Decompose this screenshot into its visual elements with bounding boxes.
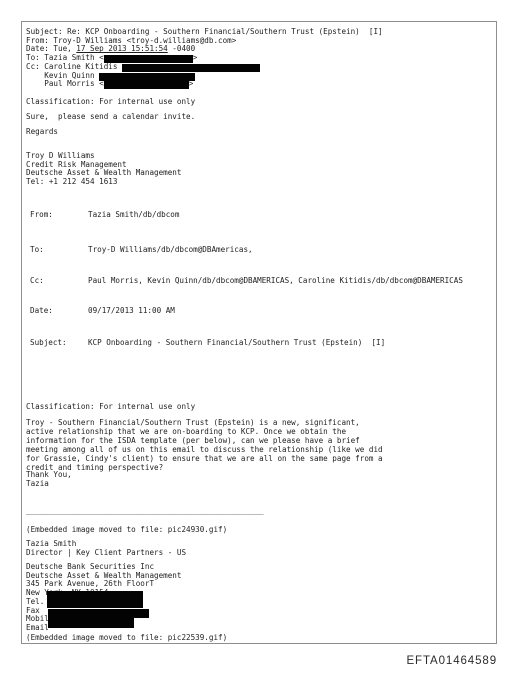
inner-subject-label: Subject: — [30, 338, 88, 347]
date-prefix: Date: Tue, — [26, 44, 76, 53]
inner-from-row: From:Tazia Smith/db/dbcom — [30, 210, 179, 219]
redaction-box — [48, 609, 149, 618]
bates-number: EFTA01464589 — [406, 655, 497, 667]
reply-sig-tel: Tel: +1 212 454 1613 — [26, 177, 117, 186]
redaction-box — [47, 591, 143, 608]
reply-sig-org: Deutsche Asset & Wealth Management — [26, 168, 181, 177]
from-line: From: Troy-D Williams <troy-d.williams@d… — [26, 36, 236, 45]
signature-fax-label: Fax — [26, 606, 40, 615]
cc-line-paul: Paul Morris <> — [26, 79, 193, 88]
reply-sig-dept: Credit Risk Management — [26, 160, 127, 169]
inner-from-label: From: — [30, 210, 88, 219]
inner-date-label: Date: — [30, 306, 88, 315]
classification-top: Classification: For internal use only — [26, 97, 195, 106]
reply-regards: Regards — [26, 127, 58, 136]
cc-paul-prefix: Paul Morris < — [26, 79, 104, 88]
signature-title: Director | Key Client Partners - US — [26, 548, 186, 557]
classification-body: Classification: For internal use only — [26, 402, 195, 411]
email-document: Subject: Re: KCP Onboarding - Southern F… — [21, 21, 497, 644]
cc-line-caroline: Cc: Caroline Kitidis — [26, 62, 260, 71]
body-line: for Grassie, Cindy's client) to ensure t… — [26, 454, 383, 463]
redaction-box — [48, 618, 134, 628]
signature-tel-label: Tel. — [26, 597, 44, 606]
reply-message: Sure, please send a calendar invite. — [26, 112, 195, 121]
date-timestamp: 17 Sep 2013 15:51:54 — [76, 44, 167, 53]
signature-name: Tazia Smith — [26, 539, 76, 548]
signature-email-label: Email — [26, 623, 49, 632]
cc-line-kevin: Kevin Quinn — [26, 71, 195, 80]
inner-subject-row: Subject:KCP Onboarding - Southern Financ… — [30, 338, 385, 347]
body-closing: Thank You, — [26, 470, 72, 479]
cc-prefix: Cc: Caroline Kitidis — [26, 62, 122, 71]
inner-cc-label: Cc: — [30, 276, 88, 285]
inner-from-value: Tazia Smith/db/dbcom — [88, 210, 179, 219]
signature-company-1: Deutsche Bank Securities Inc — [26, 562, 154, 571]
redaction-box — [104, 81, 189, 89]
date-line: Date: Tue, 17 Sep 2013 15:51:54 -0400 — [26, 44, 195, 53]
inner-cc-value: Paul Morris, Kevin Quinn/db/dbcom@DBAMER… — [88, 276, 463, 285]
inner-to-label: To: — [30, 245, 88, 254]
signature-company-2: Deutsche Asset & Wealth Management — [26, 571, 181, 580]
inner-subject-value: KCP Onboarding - Southern Financial/Sout… — [88, 338, 385, 347]
to-prefix: To: Tazia Smith < — [26, 53, 104, 62]
body-line: meeting among all of us on this email to… — [26, 445, 383, 454]
body-closing-name: Tazia — [26, 479, 49, 488]
date-suffix: -0400 — [168, 44, 195, 53]
inner-cc-row: Cc:Paul Morris, Kevin Quinn/db/dbcom@DBA… — [30, 276, 463, 285]
to-suffix: > — [193, 53, 198, 62]
signature-address-1: 345 Park Avenue, 26th FloorT — [26, 579, 154, 588]
embedded-image-note-1: (Embedded image moved to file: pic24930.… — [26, 525, 227, 534]
inner-to-value: Troy-D Williams/db/dbcom@DBAmericas, — [88, 245, 253, 254]
subject-line: Subject: Re: KCP Onboarding - Southern F… — [26, 27, 383, 36]
cc-kevin-prefix: Kevin Quinn — [26, 71, 99, 80]
inner-date-value: 09/17/2013 11:00 AM — [88, 306, 175, 315]
body-line: Troy - Southern Financial/Southern Trust… — [26, 418, 360, 427]
inner-date-row: Date:09/17/2013 11:00 AM — [30, 306, 175, 315]
to-line: To: Tazia Smith <> — [26, 53, 197, 62]
cc-paul-suffix: > — [189, 79, 194, 88]
body-line: active relationship that we are on-board… — [26, 427, 346, 436]
scanned-email-page: Subject: Re: KCP Onboarding - Southern F… — [0, 0, 512, 678]
embedded-image-note-2: (Embedded image moved to file: pic22539.… — [26, 633, 227, 642]
inner-to-row: To:Troy-D Williams/db/dbcom@DBAmericas, — [30, 245, 253, 254]
body-line: information for the ISDA template (per b… — [26, 436, 360, 445]
reply-sig-name: Troy D Williams — [26, 151, 95, 160]
signature-divider: ________________________________________… — [26, 506, 264, 515]
